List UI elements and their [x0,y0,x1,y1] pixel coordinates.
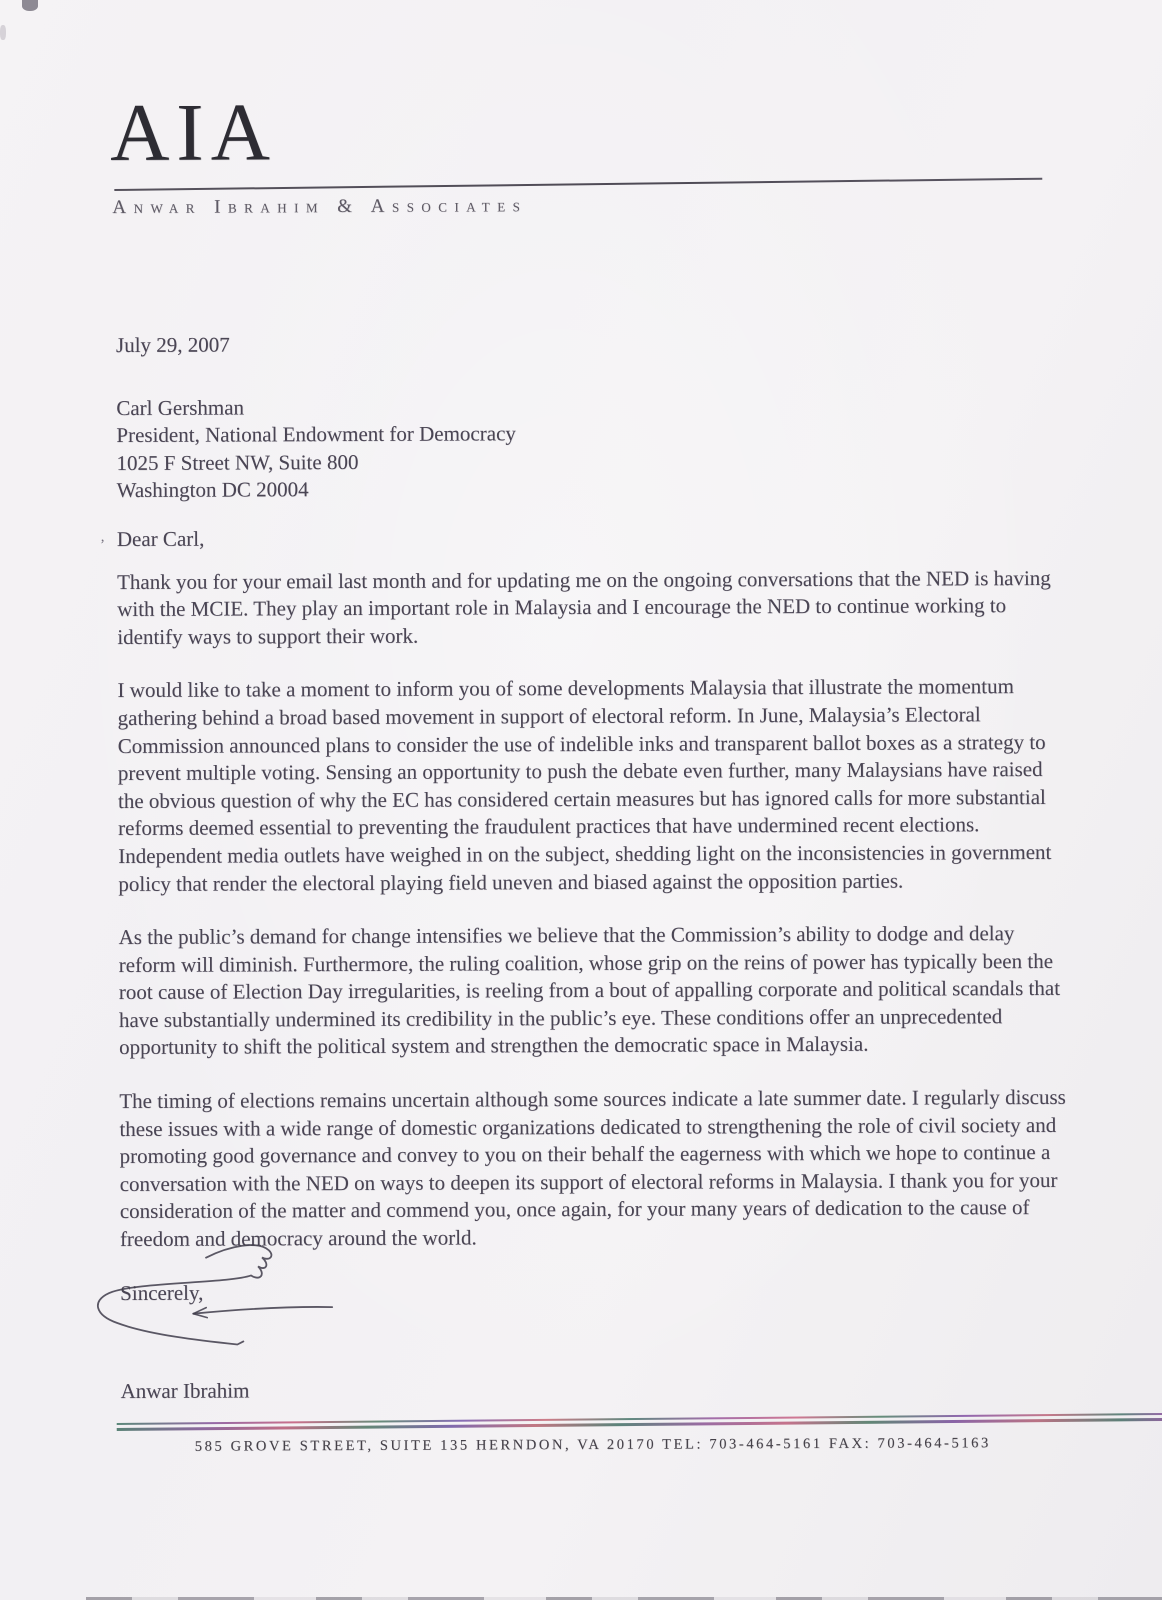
scanned-letter-page: AIA Anwar Ibrahim & Associates July 29, … [0,0,1162,1600]
body-paragraph-1: Thank you for your email last month and … [117,564,1065,651]
recipient-address-line1: 1025 F Street NW, Suite 800 [116,446,1064,478]
scan-stray-mark: ’ [100,537,105,554]
signer-name: Anwar Ibrahim [121,1374,1069,1406]
scan-tilt-layer: AIA Anwar Ibrahim & Associates July 29, … [0,0,1162,1600]
letter-date: July 29, 2007 [116,328,1064,360]
recipient-address-line2: Washington DC 20004 [117,473,1065,505]
recipient-name: Carl Gershman [116,390,1064,422]
signature-svg [88,1239,351,1358]
recipient-block: Carl Gershman President, National Endowm… [116,390,1064,505]
scan-smudge-top-left [22,0,38,11]
scan-smudge-left-edge [0,25,6,40]
letterhead-rule [114,178,1042,191]
footer-address: 585 GROVE STREET, SUITE 135 HERNDON, VA … [143,1435,1043,1456]
firm-name: Anwar Ibrahim & Associates [112,195,527,219]
signature-handwriting [88,1239,351,1358]
body-paragraph-3: As the public’s demand for change intens… [119,920,1068,1062]
recipient-title: President, National Endowment for Democr… [116,418,1064,450]
salutation: Dear Carl, [117,522,1065,554]
letterhead: AIA Anwar Ibrahim & Associates [0,0,1159,3]
firm-logo-text: AIA [110,85,277,180]
body-paragraph-4: The timing of elections remains uncertai… [119,1084,1068,1254]
body-paragraph-2: I would like to take a moment to inform … [117,673,1066,898]
